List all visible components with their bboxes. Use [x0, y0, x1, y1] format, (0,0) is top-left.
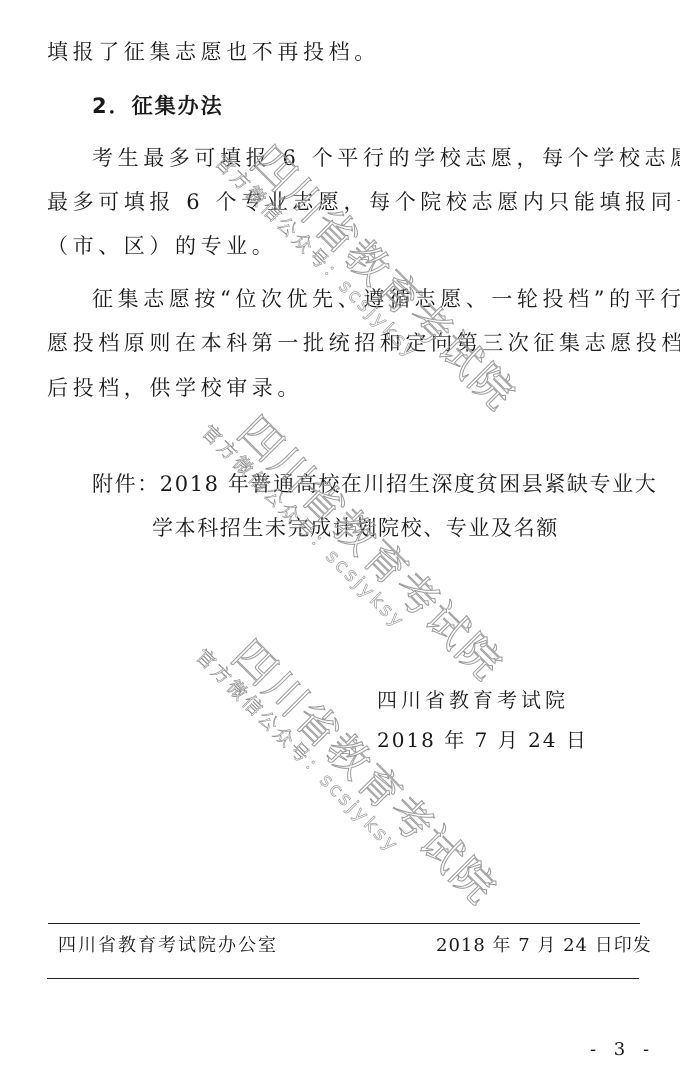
footer-top-rule: [48, 923, 640, 924]
paragraph-line: 后投档，供学校审录。: [47, 374, 303, 402]
watermark-sub-text: 官方微信公众号：scsjyksy: [197, 421, 480, 704]
watermark: 四川省教育考试院 官方微信公众号：scsjyksy: [209, 632, 505, 928]
attachment-title-line1: 附件：2018 年普通高校在川招生深度贫困县紧缺专业大: [92, 470, 657, 498]
attachment-title-line2: 学本科招生未完成计划院校、专业及名额: [152, 514, 559, 542]
footer-issuer: 四川省教育考试院办公室: [58, 934, 278, 958]
section-heading: 2．征集办法: [92, 92, 224, 120]
footer-issue-date: 2018 年 7 月 24 日印发: [436, 934, 652, 958]
signature-organization: 四川省教育考试院: [377, 686, 569, 714]
paragraph-line: 愿投档原则在本科第一批统招和定向第三次征集志愿投档: [47, 329, 680, 357]
watermark-main-text: 四川省教育考试院: [229, 408, 510, 689]
document-page: 填报了征集志愿也不再投档。 2．征集办法 考生最多可填报 6 个平行的学校志愿，…: [0, 0, 680, 1081]
watermark: 四川省教育考试院 官方微信公众号：scsjyksy: [215, 408, 511, 704]
paragraph-continuation: 填报了征集志愿也不再投档。: [47, 38, 380, 66]
watermark-main-text: 四川省教育考试院: [223, 632, 504, 913]
paragraph-line: 征集志愿按“位次优先、遵循志愿、一轮投档”的平行志: [92, 285, 680, 313]
page-number: - 3 -: [590, 1038, 655, 1062]
footer-bottom-rule: [47, 978, 639, 979]
signature-date: 2018 年 7 月 24 日: [377, 726, 588, 754]
paragraph-line: 最多可填报 6 个专业志愿，每个院校志愿内只能填报同一县: [47, 188, 680, 216]
paragraph-line: 考生最多可填报 6 个平行的学校志愿，每个学校志愿内: [92, 144, 680, 172]
paragraph-line: （市、区）的专业。: [47, 232, 277, 260]
